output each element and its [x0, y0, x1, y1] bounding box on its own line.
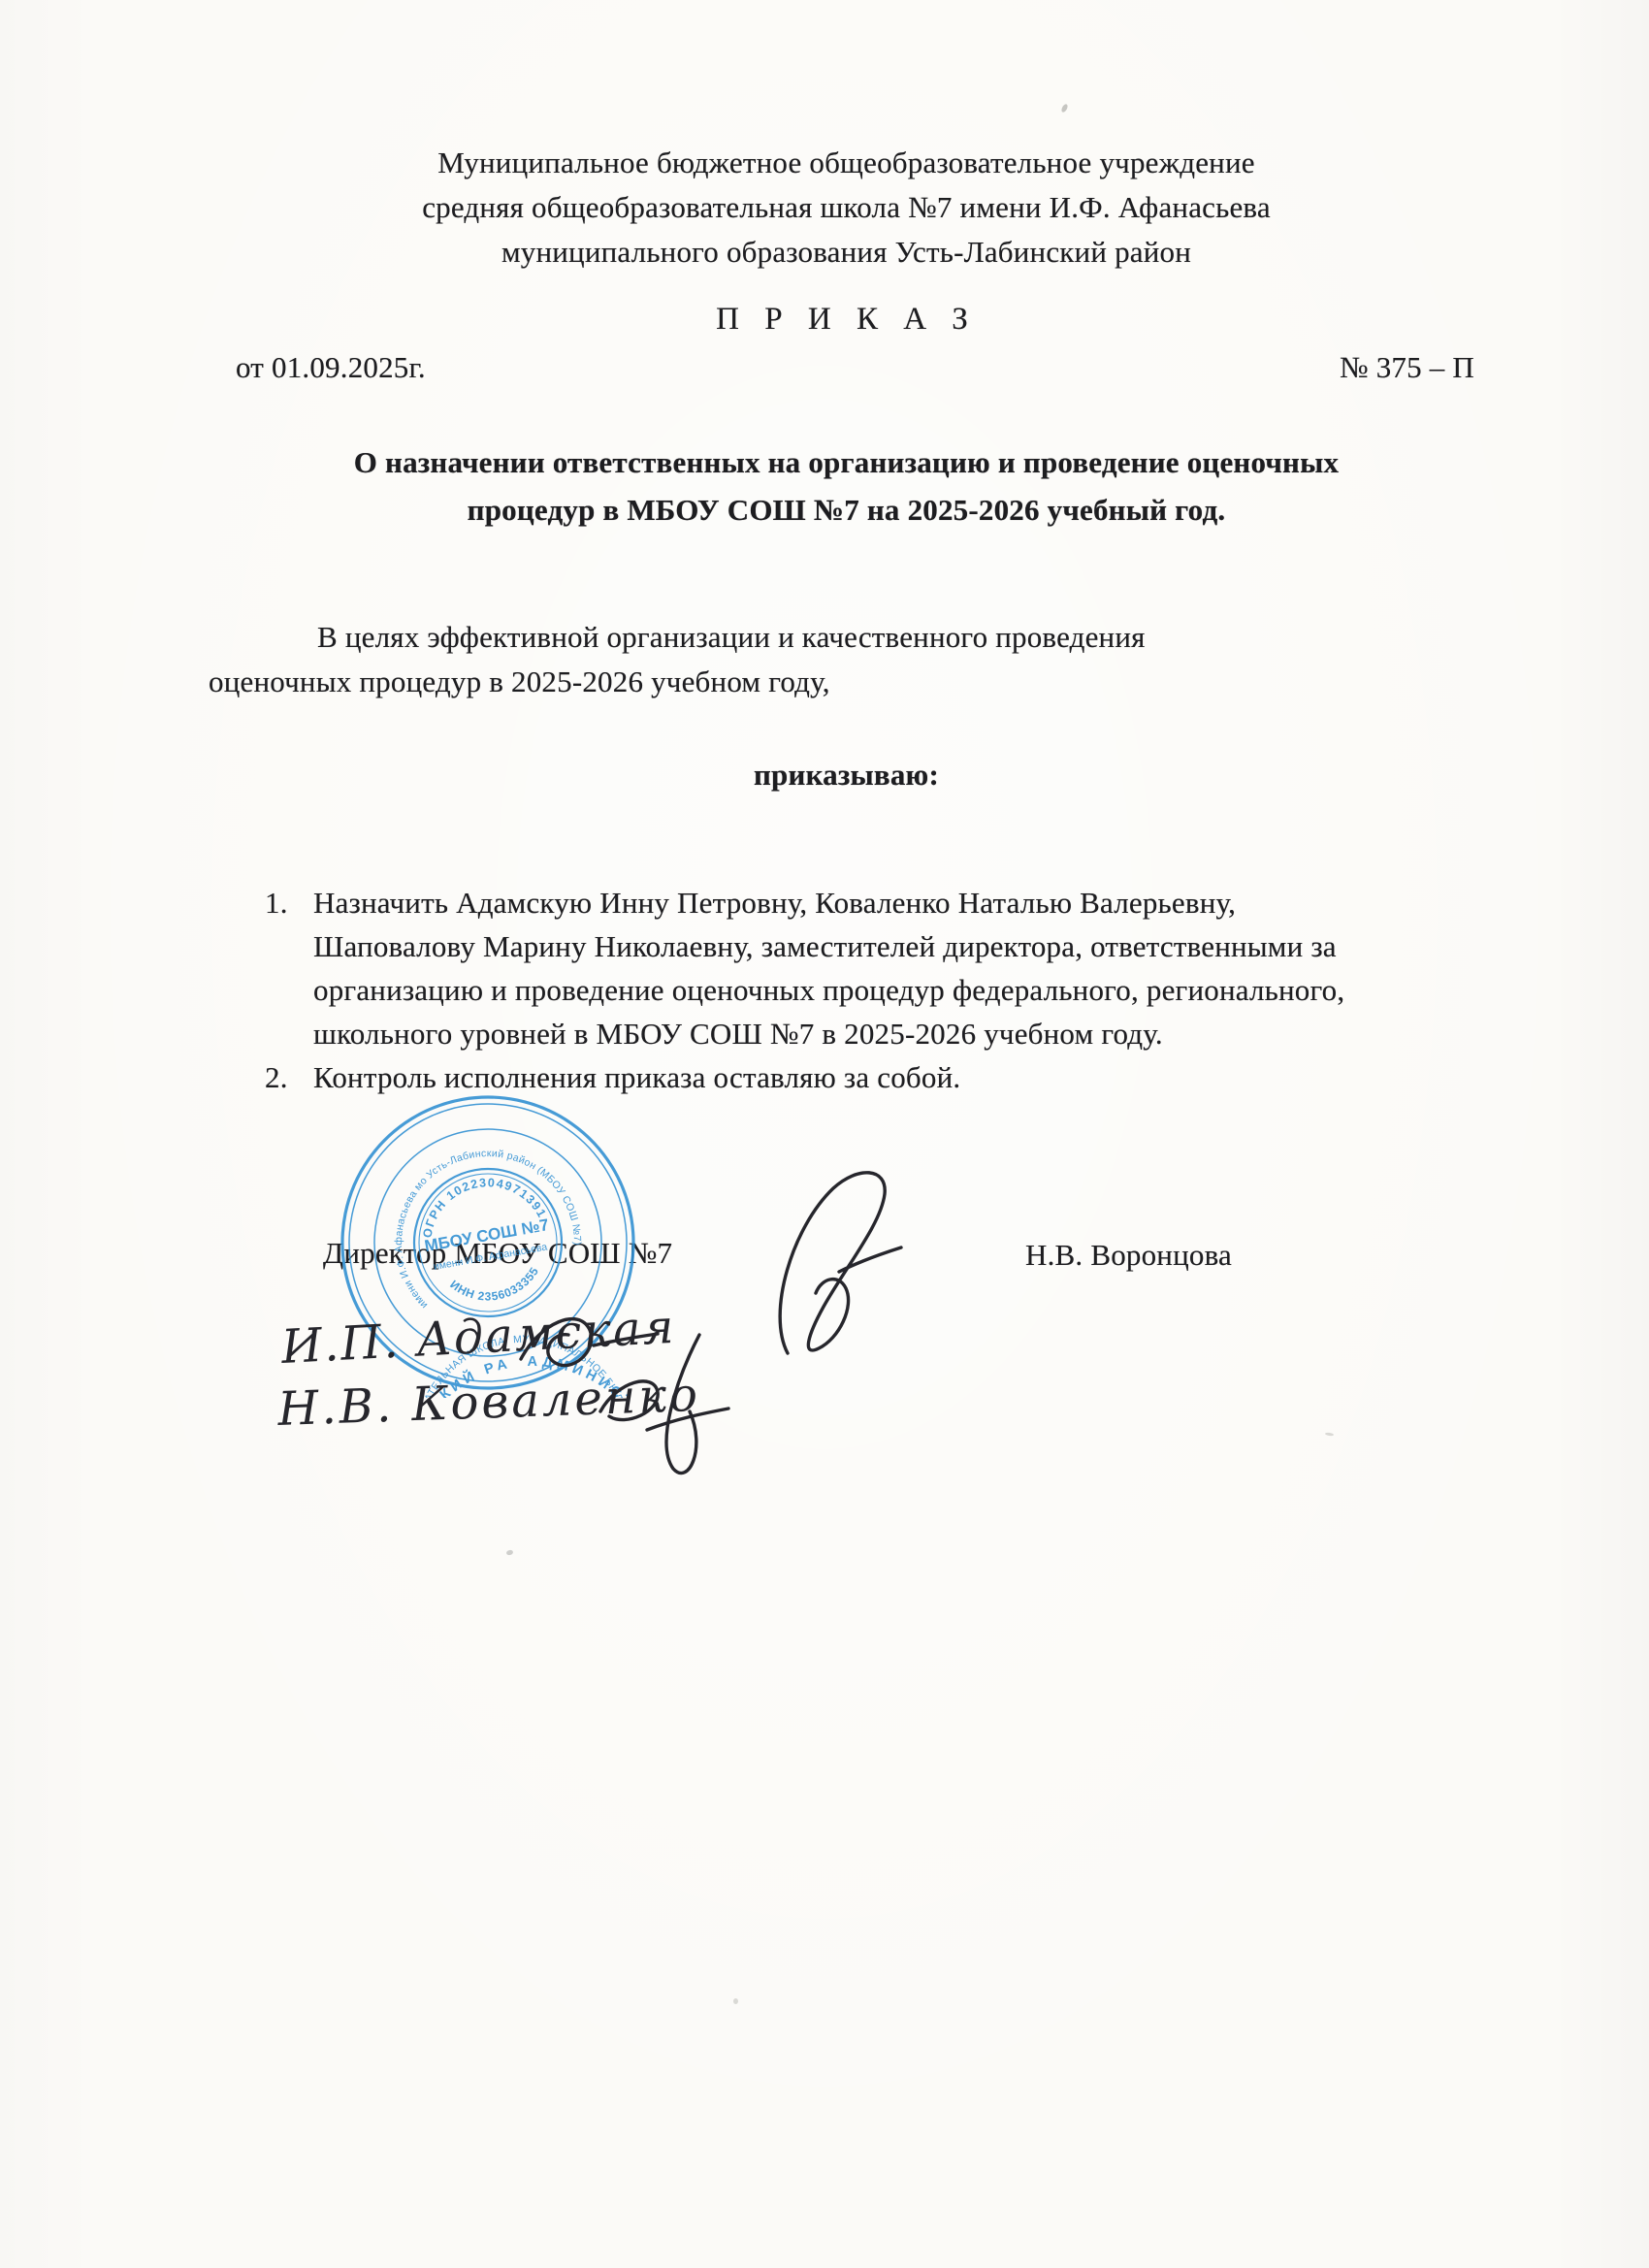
director-signature-tail [839, 1247, 901, 1272]
intro-line-1: В целях эффективной организации и качест… [209, 615, 1484, 660]
order-date: от 01.09.2025г. [236, 345, 426, 390]
header-line-1: Муниципальное бюджетное общеобразователь… [209, 141, 1484, 185]
official-stamp: АДМИНИСТРАЦИИ МУНИЦИПАЛЬНОГО ОБРАЗОВАНИЯ… [333, 1087, 643, 1398]
handwritten-flourish-2b [647, 1335, 728, 1474]
order-number: № 375 – П [1340, 345, 1474, 390]
order-title-line-2: процедур в МБОУ СОШ №7 на 2025-2026 учеб… [209, 486, 1484, 534]
order-title: О назначении ответственных на организаци… [209, 438, 1484, 534]
scan-speck [733, 1998, 738, 2004]
header-line-3: муниципального образования Усть-Лабински… [209, 230, 1484, 275]
item-number: 2. [265, 1055, 313, 1099]
order-item-1: 1. Назначить Адамскую Инну Петровну, Ков… [209, 881, 1484, 1055]
document-header: Муниципальное бюджетное общеобразователь… [209, 141, 1484, 275]
order-items: 1. Назначить Адамскую Инну Петровну, Ков… [209, 881, 1484, 1099]
order-heading: П Р И К А З [209, 298, 1484, 341]
decree-word: приказываю: [209, 753, 1484, 797]
document-page: Муниципальное бюджетное общеобразователь… [0, 0, 1649, 2268]
signature-area: Директор МБОУ СОШ №7 Н.В. Воронцова АДМИ… [209, 1099, 1484, 1526]
director-signature-stroke [780, 1173, 885, 1353]
header-line-2: средняя общеобразовательная школа №7 име… [209, 185, 1484, 230]
item-text: Назначить Адамскую Инну Петровну, Ковале… [313, 881, 1380, 1055]
intro-line-2: оценочных процедур в 2025-2026 учебном г… [209, 660, 1484, 704]
item-number: 1. [265, 881, 313, 1055]
signer-name: Н.В. Воронцова [1025, 1233, 1232, 1278]
scan-speck [1060, 103, 1069, 113]
order-title-line-1: О назначении ответственных на организаци… [209, 438, 1484, 486]
order-meta-row: от 01.09.2025г. № 375 – П [209, 345, 1484, 390]
intro-paragraph: В целях эффективной организации и качест… [209, 615, 1484, 704]
scan-speck [505, 1549, 513, 1556]
